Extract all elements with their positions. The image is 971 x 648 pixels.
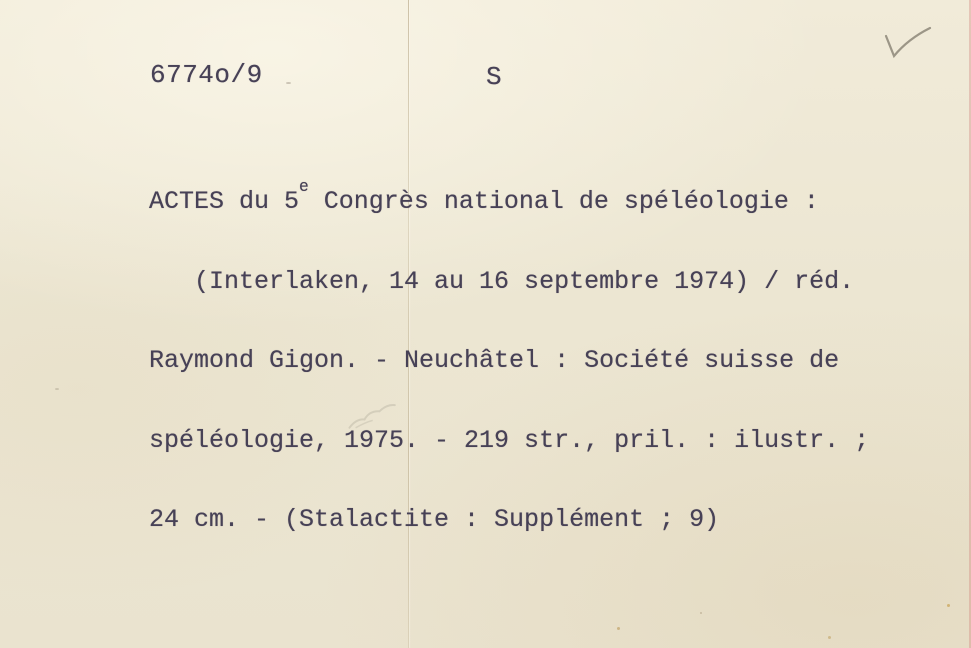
entry-line: 24 cm. - (Stalactite : Supplément ; 9) <box>149 507 869 534</box>
entry-line-title-suffix: Congrès national de spéléologie : <box>309 187 819 216</box>
paper-speck <box>947 604 950 607</box>
catalog-card: 6774o/9 S ACTES du 5e Congrès national d… <box>0 0 971 648</box>
entry-line: Raymond Gigon. - Neuchâtel : Société sui… <box>149 348 869 375</box>
ordinal-superscript: e <box>299 177 309 196</box>
catalog-entry: ACTES du 5e Congrès national de spéléolo… <box>149 136 869 587</box>
paper-speck <box>286 82 291 84</box>
paper-speck <box>55 388 59 390</box>
call-number: 6774o/9 <box>150 60 263 90</box>
paper-speck <box>700 612 702 614</box>
entry-line-title-prefix: ACTES du 5 <box>149 187 299 216</box>
paper-speck <box>617 627 620 630</box>
entry-line: spéléologie, 1975. - 219 str., pril. : i… <box>149 428 869 455</box>
section-letter: S <box>486 62 502 92</box>
paper-speck <box>828 636 831 639</box>
entry-line-title: ACTES du 5e Congrès national de spéléolo… <box>149 189 869 216</box>
entry-line: (Interlaken, 14 au 16 septembre 1974) / … <box>149 269 869 296</box>
checkmark-icon <box>878 24 936 64</box>
